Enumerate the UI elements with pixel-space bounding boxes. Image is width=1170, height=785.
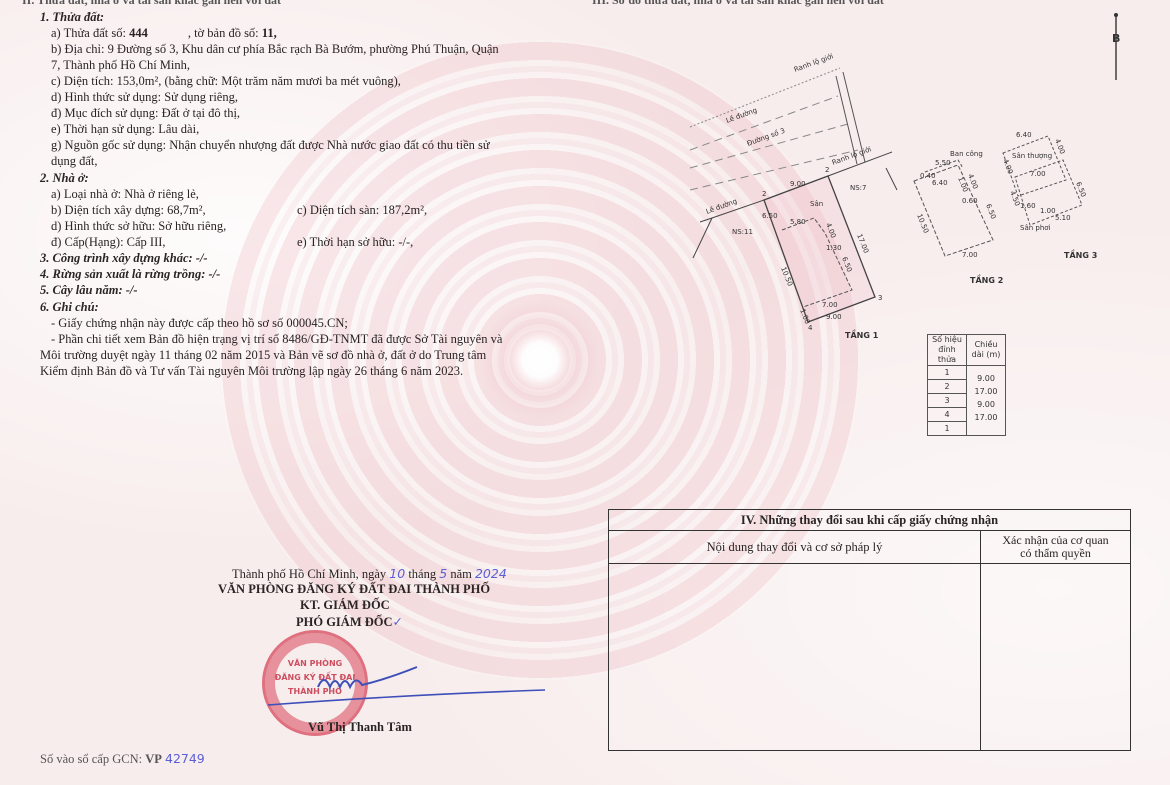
svg-text:Lề đường: Lề đường: [725, 106, 758, 125]
svg-text:6.40: 6.40: [932, 179, 948, 187]
vertex-cell: 2: [928, 380, 967, 394]
svg-text:Sân thượng: Sân thượng: [1012, 152, 1052, 160]
svg-text:6.50: 6.50: [762, 212, 778, 220]
svg-text:10.50: 10.50: [915, 213, 930, 235]
svg-text:2: 2: [825, 166, 829, 174]
vertex-length-table: Số hiệu đỉnh thửa Chiều dài (m) 1 9.00 1…: [927, 334, 1006, 436]
length-cell: 9.00: [970, 398, 1002, 411]
changes-table-body: [609, 564, 1130, 750]
svg-text:TẦNG 2: TẦNG 2: [970, 273, 1003, 285]
svg-text:Lề đường: Lề đường: [705, 197, 738, 216]
svg-text:NS:7: NS:7: [850, 184, 867, 192]
svg-text:1.60: 1.60: [1020, 202, 1036, 210]
svg-text:B: B: [1112, 32, 1120, 45]
svg-text:7.00: 7.00: [822, 301, 838, 309]
vertex-cell: 4: [928, 408, 967, 422]
svg-text:Ranh lộ giới: Ranh lộ giới: [831, 145, 872, 167]
svg-text:Ranh lộ giới: Ranh lộ giới: [793, 52, 834, 74]
svg-text:3: 3: [878, 294, 882, 302]
svg-text:5.50: 5.50: [935, 159, 951, 167]
svg-text:TẦNG 3: TẦNG 3: [1064, 248, 1097, 260]
changes-table: IV. Những thay đổi sau khi cấp giấy chứn…: [608, 509, 1131, 751]
handwritten-signature: [0, 0, 560, 785]
svg-text:2: 2: [762, 190, 766, 198]
length-cell: 9.00: [970, 372, 1002, 385]
svg-text:1.30: 1.30: [826, 244, 842, 252]
change-content-cell: [609, 564, 981, 750]
changes-table-header: Nội dung thay đổi và cơ sở pháp lý Xác n…: [609, 531, 1130, 564]
svg-text:5.10: 5.10: [1055, 214, 1071, 222]
svg-text:NS:11: NS:11: [732, 228, 753, 236]
svg-text:1.00: 1.00: [1040, 207, 1056, 215]
svg-text:6.50: 6.50: [984, 203, 997, 220]
changes-table-title: IV. Những thay đổi sau khi cấp giấy chứn…: [609, 510, 1130, 531]
length-cell: 17.00: [970, 411, 1002, 424]
length-header: Chiều dài (m): [967, 335, 1006, 366]
vertex-cell: 1: [928, 366, 967, 380]
svg-text:Ban công: Ban công: [950, 150, 983, 158]
column-authority-confirmation: Xác nhận của cơ quan có thẩm quyền: [981, 531, 1130, 563]
svg-text:7.00: 7.00: [962, 251, 978, 259]
svg-text:Sân phơi: Sân phơi: [1020, 224, 1051, 232]
length-cell: 17.00: [970, 385, 1002, 398]
north-arrow-icon: [1114, 13, 1118, 80]
svg-text:6.50: 6.50: [1074, 181, 1087, 198]
col2-line2: có thẩm quyền: [981, 547, 1130, 560]
vertex-cell: 3: [928, 394, 967, 408]
svg-text:9.00: 9.00: [826, 313, 842, 321]
svg-text:6.40: 6.40: [1016, 131, 1032, 139]
svg-text:4: 4: [808, 324, 813, 332]
length-column: 9.00 17.00 9.00 17.00: [967, 366, 1006, 436]
svg-text:5.80: 5.80: [790, 218, 806, 226]
svg-text:TẦNG 1: TẦNG 1: [845, 328, 879, 340]
vertex-cell: 1: [928, 422, 967, 436]
svg-text:7.00: 7.00: [1030, 170, 1046, 178]
certificate-page: II. Thửa đất, nhà ở và tài sản khác gắn …: [0, 0, 1170, 785]
svg-text:Đường số 3: Đường số 3: [746, 127, 786, 148]
svg-text:Sân: Sân: [810, 200, 823, 208]
svg-text:4.00: 4.00: [1001, 158, 1014, 175]
svg-text:0.60: 0.60: [962, 197, 978, 205]
svg-text:9.00: 9.00: [790, 180, 806, 188]
column-change-content: Nội dung thay đổi và cơ sở pháp lý: [609, 531, 981, 563]
vertex-header: Số hiệu đỉnh thửa: [928, 335, 967, 366]
